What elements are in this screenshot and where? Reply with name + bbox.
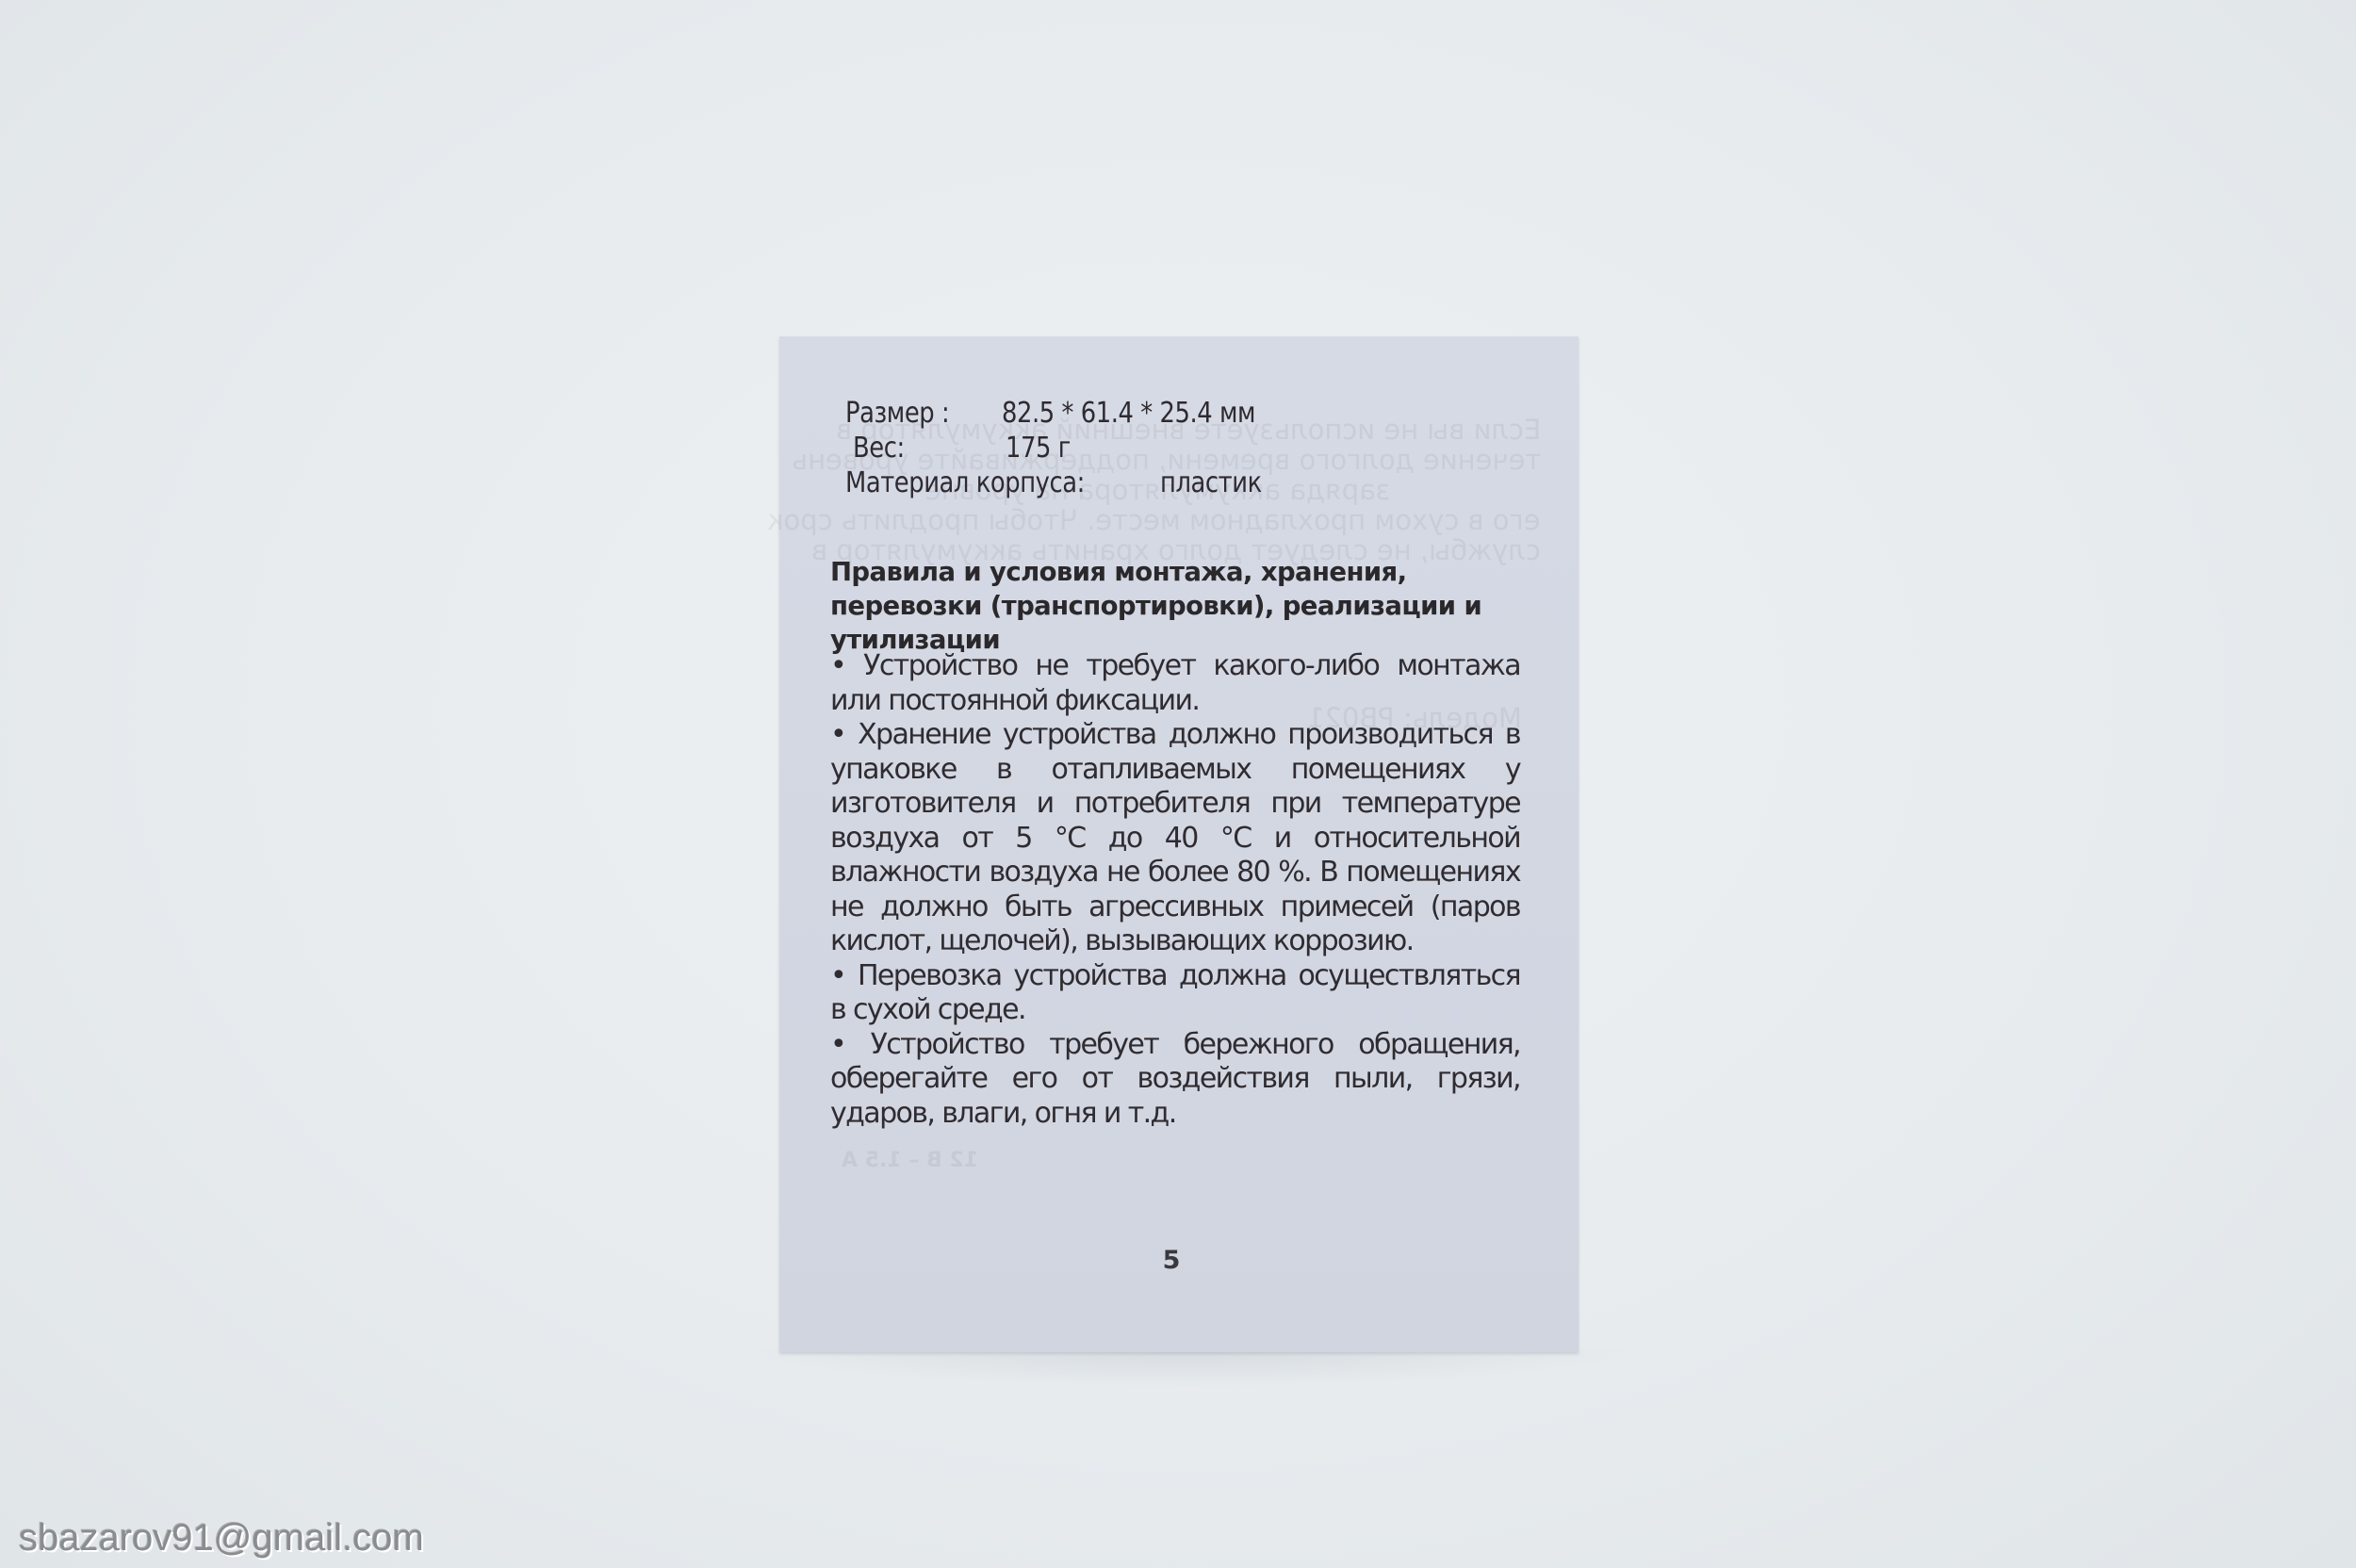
paper-shadow [735, 1349, 1640, 1387]
rule-paragraph: • Перевозка устройства должна осуществля… [830, 959, 1520, 1028]
manual-page: Если вы не используете внешний аккумулят… [779, 336, 1579, 1352]
spec-material-label: Материал корпуса: [845, 466, 1085, 499]
rule-paragraph: • Устройство не требует какого-либо монт… [830, 649, 1520, 718]
spec-size-value: 82.5 * 61.4 * 25.4 мм [1002, 397, 1255, 430]
page-number: 5 [779, 1246, 1579, 1275]
rule-paragraph: • Устройство требует бережного обращения… [830, 1028, 1520, 1132]
rule-paragraph: • Хранение устройства должно производить… [830, 718, 1520, 959]
spec-weight-value: 175 г [1006, 432, 1071, 465]
spec-size-label: Размер : [845, 397, 949, 430]
bleed-through-line: его в сухом прохладном месте. Чтобы прод… [767, 504, 1541, 536]
spec-material-value: пластик [1160, 466, 1262, 499]
page-number-text: 5 [1163, 1246, 1181, 1275]
bleed-through-line: 12 В – 1.5 А [842, 1149, 978, 1172]
section-body: • Устройство не требует какого-либо монт… [830, 649, 1520, 1131]
section-heading: Правила и условия монтажа, хранения, пер… [830, 555, 1546, 657]
watermark-email: sbazarov91@gmail.com [19, 1517, 424, 1560]
spec-weight-label: Вес: [853, 432, 905, 465]
